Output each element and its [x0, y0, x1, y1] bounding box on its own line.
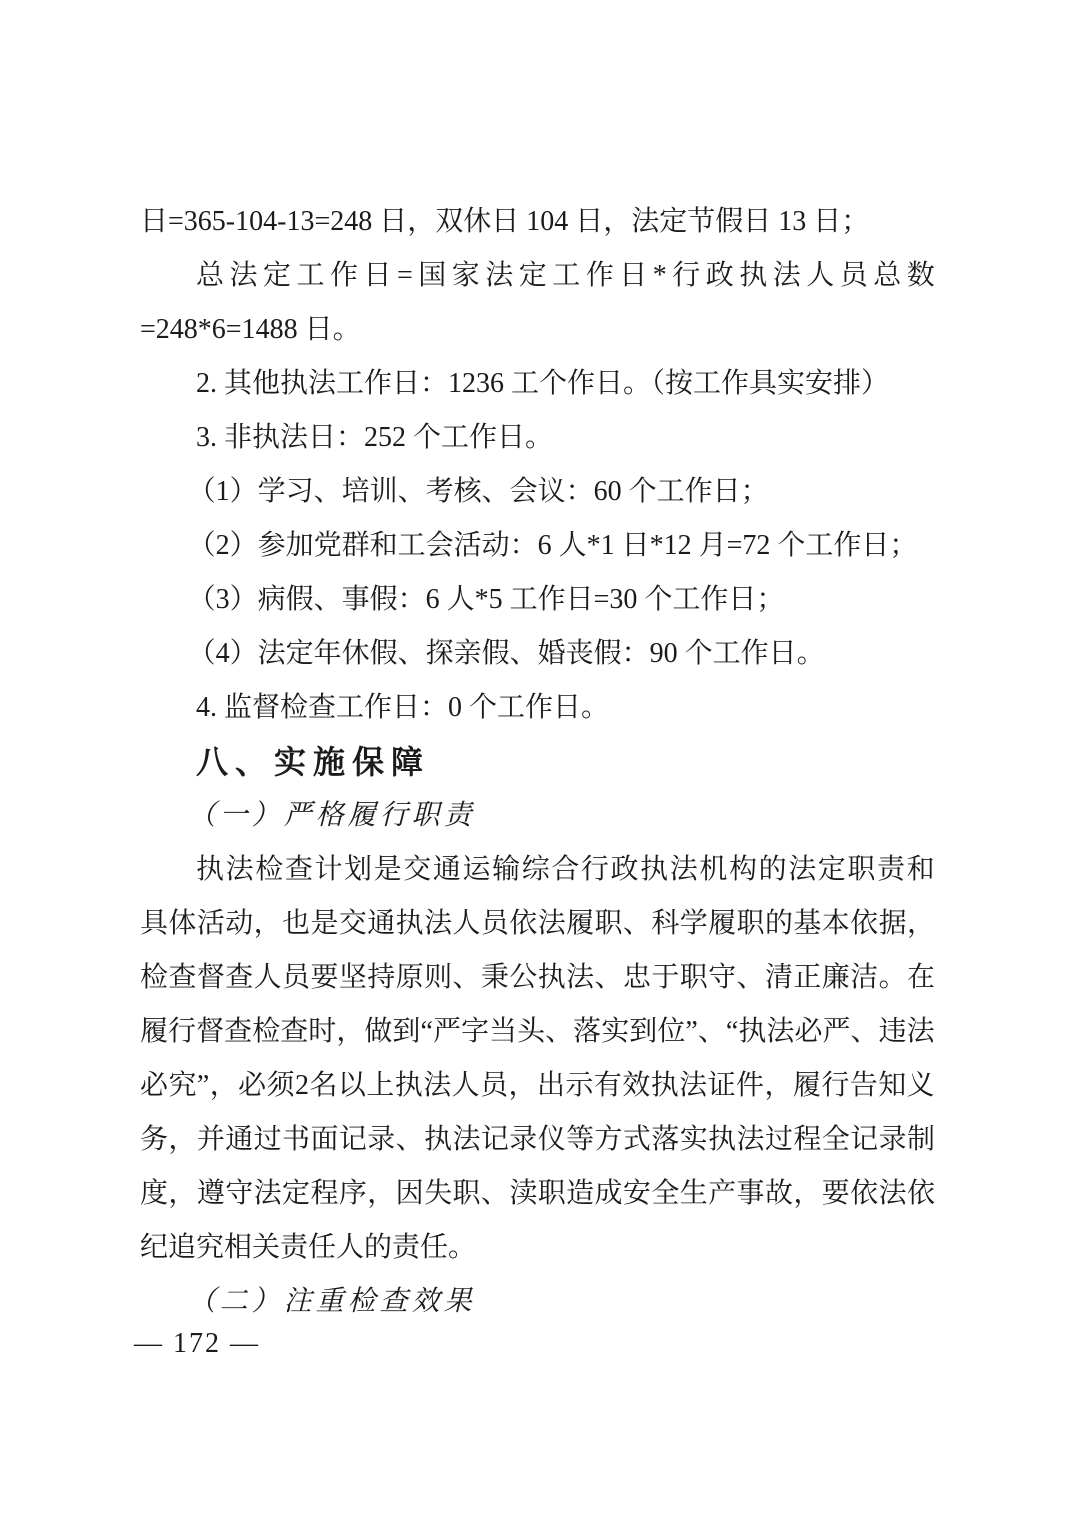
text-line: 执法检查计划是交通运输综合行政执法机构的法定职责和 — [140, 843, 935, 897]
text-line: （一）严格履行职责 — [140, 789, 935, 843]
text-line: （1）学习、培训、考核、会议：60 个工作日； — [140, 465, 935, 519]
text-line: 纪追究相关责任人的责任。 — [140, 1221, 935, 1275]
text-line: 日=365-104-13=248 日，双休日 104 日，法定节假日 13 日； — [140, 195, 935, 249]
text-line: 八、实施保障 — [140, 735, 935, 789]
text-line: （4）法定年休假、探亲假、婚丧假：90 个工作日。 — [140, 627, 935, 681]
text-line: 履行督查检查时，做到“严字当头、落实到位”、“执法必严、违法 — [140, 1005, 935, 1059]
text-line: 4. 监督检查工作日：0 个工作日。 — [140, 681, 935, 735]
text-line: 度，遵守法定程序，因失职、渎职造成安全生产事故，要依法依 — [140, 1167, 935, 1221]
text-line: （二）注重检查效果 — [140, 1275, 935, 1329]
text-line: 务，并通过书面记录、执法记录仪等方式落实执法过程全记录制 — [140, 1113, 935, 1167]
text-line: 具体活动，也是交通执法人员依法履职、科学履职的基本依据， — [140, 897, 935, 951]
text-line: 必究”，必须2名以上执法人员，出示有效执法证件，履行告知义 — [140, 1059, 935, 1113]
text-line: 3. 非执法日：252 个工作日。 — [140, 411, 935, 465]
document-body: 日=365-104-13=248 日，双休日 104 日，法定节假日 13 日；… — [140, 195, 935, 1329]
page-number: — 172 — — [134, 1328, 260, 1359]
text-line: （2）参加党群和工会活动：6 人*1 日*12 月=72 个工作日； — [140, 519, 935, 573]
text-line: 2. 其他执法工作日：1236 工个作日。（按工作具实安排） — [140, 357, 935, 411]
text-line: （3）病假、事假：6 人*5 工作日=30 个工作日； — [140, 573, 935, 627]
text-line: =248*6=1488 日。 — [140, 303, 935, 357]
text-line: 总法定工作日=国家法定工作日*行政执法人员总数 — [140, 249, 935, 303]
document-page: 日=365-104-13=248 日，双休日 104 日，法定节假日 13 日；… — [0, 0, 1074, 1520]
page-number-footer: — 172 — — [134, 1326, 260, 1362]
text-line: 检查督查人员要坚持原则、秉公执法、忠于职守、清正廉洁。在 — [140, 951, 935, 1005]
